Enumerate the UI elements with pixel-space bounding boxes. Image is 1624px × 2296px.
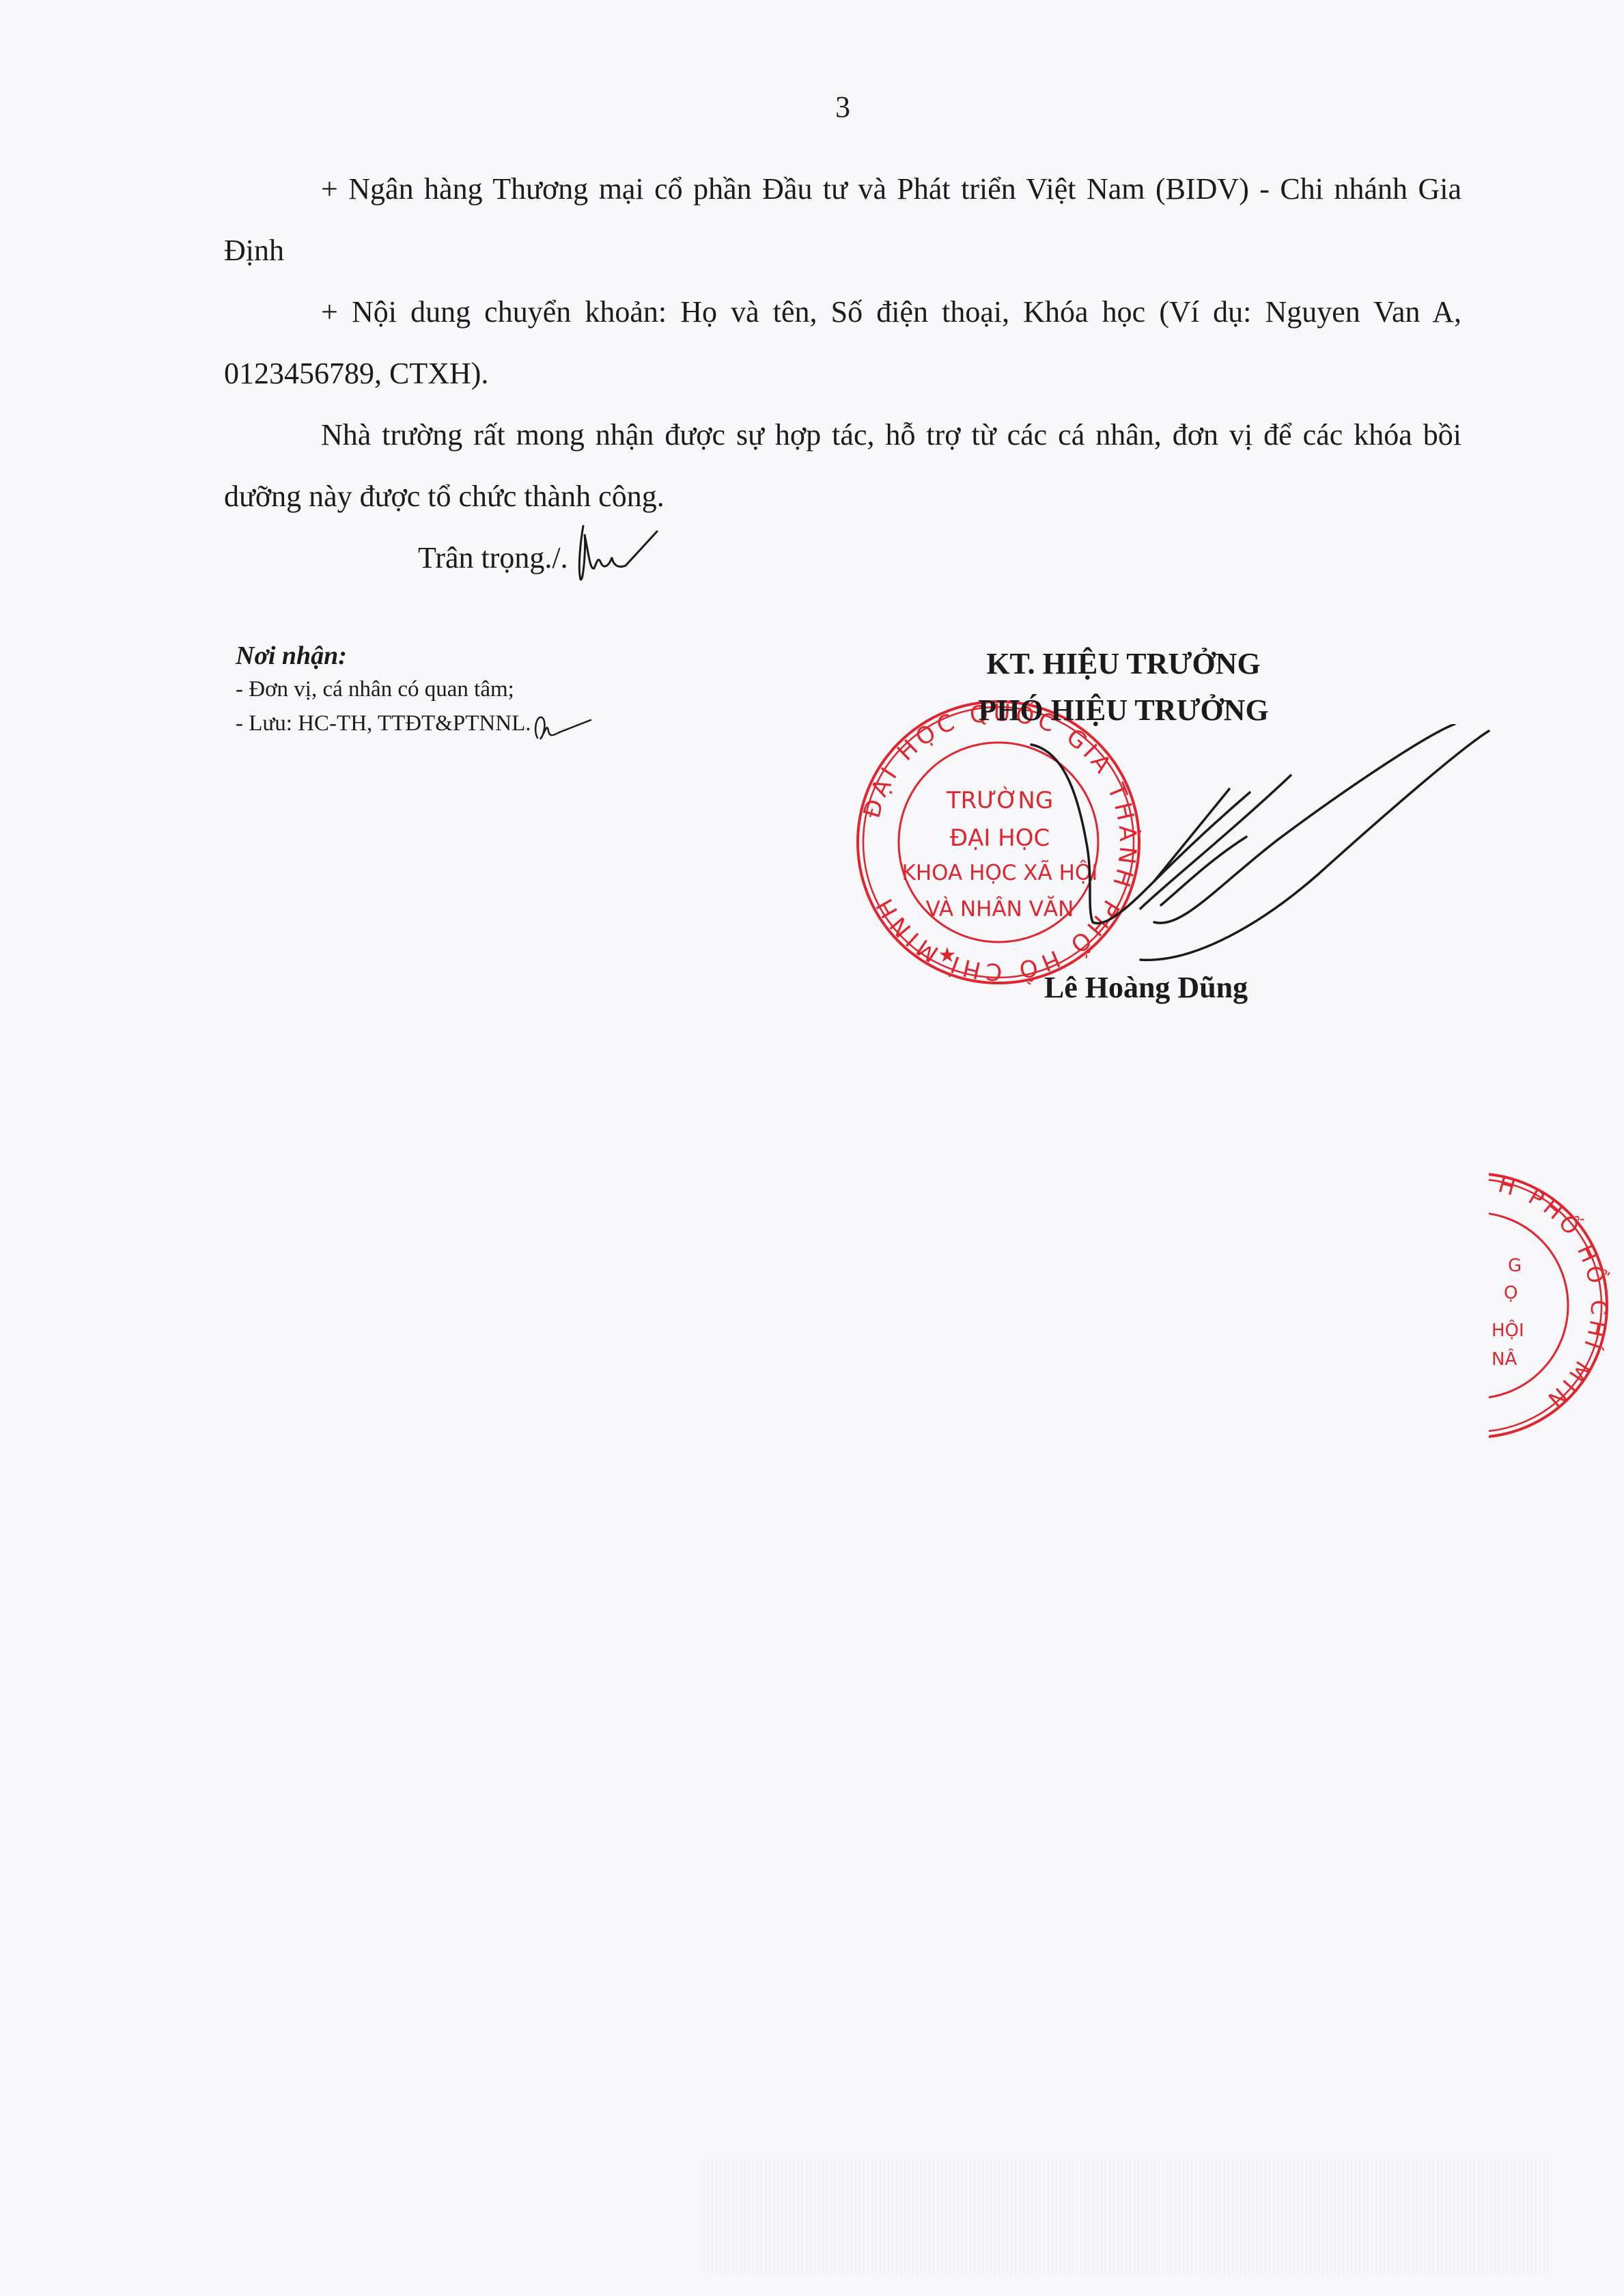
paragraph-bank-info: + Ngân hàng Thương mại cổ phần Đầu tư và… — [224, 158, 1461, 281]
signature-block: KT. HIỆU TRƯỞNG PHÓ HIỆU TRƯỞNG — [919, 641, 1328, 734]
initial-signature-icon — [574, 521, 662, 585]
handwritten-signature-icon — [908, 724, 1496, 970]
signer-name: Lê Hoàng Dũng — [941, 969, 1351, 1007]
paragraph-appeal: Nhà trường rất mong nhận được sự hợp tác… — [224, 404, 1461, 527]
page-number: 3 — [826, 90, 860, 124]
edge-seal-fragment: HỘI — [1492, 1319, 1524, 1341]
closing-wrap: Trân trọng./. — [321, 527, 568, 589]
recipient-item: - Lưu: HC-TH, TTĐT&PTNNL. — [236, 706, 531, 741]
recipients-heading: Nơi nhận: — [236, 639, 531, 672]
authority-line: KT. HIỆU TRƯỞNG — [919, 641, 1328, 687]
edge-seal-fragment: G — [1508, 1256, 1522, 1276]
initial-signature-icon — [532, 710, 593, 745]
recipients-block: Nơi nhận: - Đơn vị, cá nhân có quan tâm;… — [236, 639, 531, 741]
edge-seal-fragment: NÂ — [1492, 1348, 1517, 1370]
paragraph-transfer-content: + Nội dung chuyển khoản: Họ và tên, Số đ… — [224, 281, 1461, 404]
recipient-item: - Đơn vị, cá nhân có quan tâm; — [236, 672, 531, 706]
edge-seal-fragment: Ọ — [1504, 1283, 1517, 1303]
edge-seal-icon: H PHỐ HỒ CHÍ MIN G Ọ HỘI NÂ — [1340, 1172, 1624, 1439]
scan-artifact — [703, 2159, 1550, 2275]
document-body: + Ngân hàng Thương mại cổ phần Đầu tư và… — [224, 158, 1461, 589]
recipient-item-text: - Lưu: HC-TH, TTĐT&PTNNL. — [236, 711, 531, 736]
edge-seal: H PHỐ HỒ CHÍ MIN G Ọ HỘI NÂ — [1340, 1172, 1624, 1439]
closing-text: Trân trọng./. — [418, 541, 568, 575]
closing-line: Trân trọng./. — [224, 527, 1461, 589]
